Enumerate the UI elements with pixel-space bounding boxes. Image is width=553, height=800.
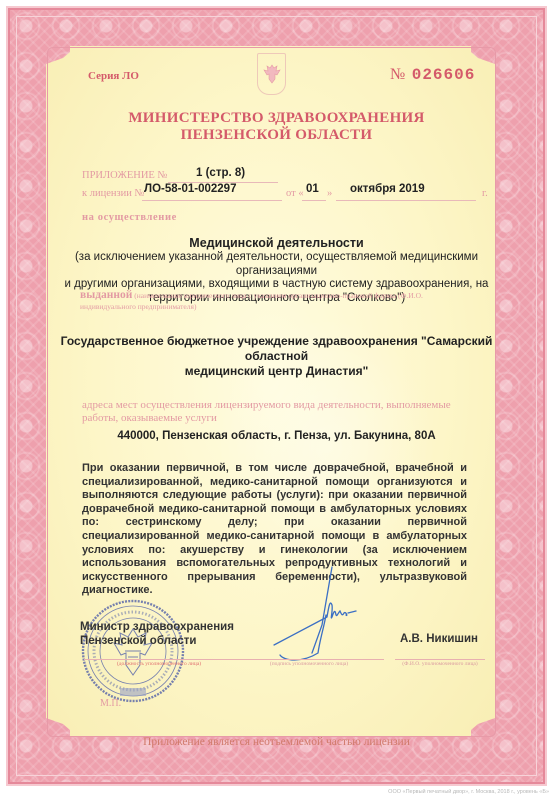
activity-label: на осуществление (82, 212, 177, 223)
caption-position: (должность уполномоченного лица) (84, 661, 234, 667)
signatory-name: А.В. Никишин (400, 633, 478, 645)
license-underline (142, 200, 282, 201)
date-month-year: октября 2019 (350, 183, 425, 195)
activity-subtitle-line1: (за исключением указанной деятельности, … (60, 251, 493, 278)
issued-label: выданной (наименование юридического лица… (80, 290, 480, 312)
position-line (84, 659, 234, 660)
name-line (395, 659, 485, 660)
license-value: ЛО-58-01-002297 (144, 183, 236, 195)
issued-label-bold: выданной (80, 289, 132, 301)
signature-line (234, 659, 384, 660)
date-from-label: от « (286, 188, 304, 199)
signatory-position-line1: Министр здравоохранения (80, 620, 234, 634)
signature-icon (272, 565, 382, 665)
address-value: 440000, Пензенская область, г. Пенза, ул… (60, 430, 493, 442)
ministry-title-line2: ПЕНЗЕНСКОЙ ОБЛАСТИ (0, 127, 553, 144)
number-value: 026606 (412, 66, 476, 84)
official-stamp-icon (78, 593, 188, 713)
date-day: 01 (306, 183, 319, 195)
year-suffix: г. (482, 188, 488, 199)
organization-name-line1: Государственное бюджетное учреждение здр… (60, 334, 493, 364)
signatory-position-line2: Пензенской области (80, 634, 234, 648)
organization-name: Государственное бюджетное учреждение здр… (60, 334, 493, 379)
activity-title: Медицинской деятельности (60, 236, 493, 250)
issued-label-note: (наименование юридического лица с указан… (80, 291, 423, 311)
series-label: Серия ЛО (88, 70, 139, 82)
coat-of-arms-icon (257, 53, 286, 95)
appendix-label: ПРИЛОЖЕНИЕ № (82, 170, 168, 181)
ministry-title: МИНИСТЕРСТВО ЗДРАВООХРАНЕНИЯ ПЕНЗЕНСКОЙ … (0, 110, 553, 144)
caption-signature: (подпись уполномоченного лица) (234, 661, 384, 667)
document-number: № 026606 (390, 66, 475, 84)
date-day-underline (302, 200, 326, 201)
organization-name-line2: медицинский центр Династия" (60, 364, 493, 379)
date-month-underline (336, 200, 476, 201)
date-close-quote: » (327, 188, 332, 199)
license-label: к лицензии № (82, 188, 145, 199)
printer-imprint: ООО «Первый печатный двор», г. Москва, 2… (388, 789, 549, 795)
appendix-value: 1 (стр. 8) (196, 167, 245, 179)
footer-note: Приложение является неотъемлемой частью … (0, 736, 553, 748)
seal-label: М.П. (100, 698, 121, 709)
signatory-position: Министр здравоохранения Пензенской облас… (80, 620, 234, 648)
address-label: адреса мест осуществления лицензируемого… (82, 399, 482, 425)
caption-name: (Ф.И.О. уполномоченного лица) (385, 661, 495, 667)
ministry-title-line1: МИНИСТЕРСТВО ЗДРАВООХРАНЕНИЯ (0, 110, 553, 127)
number-symbol: № (390, 66, 406, 83)
